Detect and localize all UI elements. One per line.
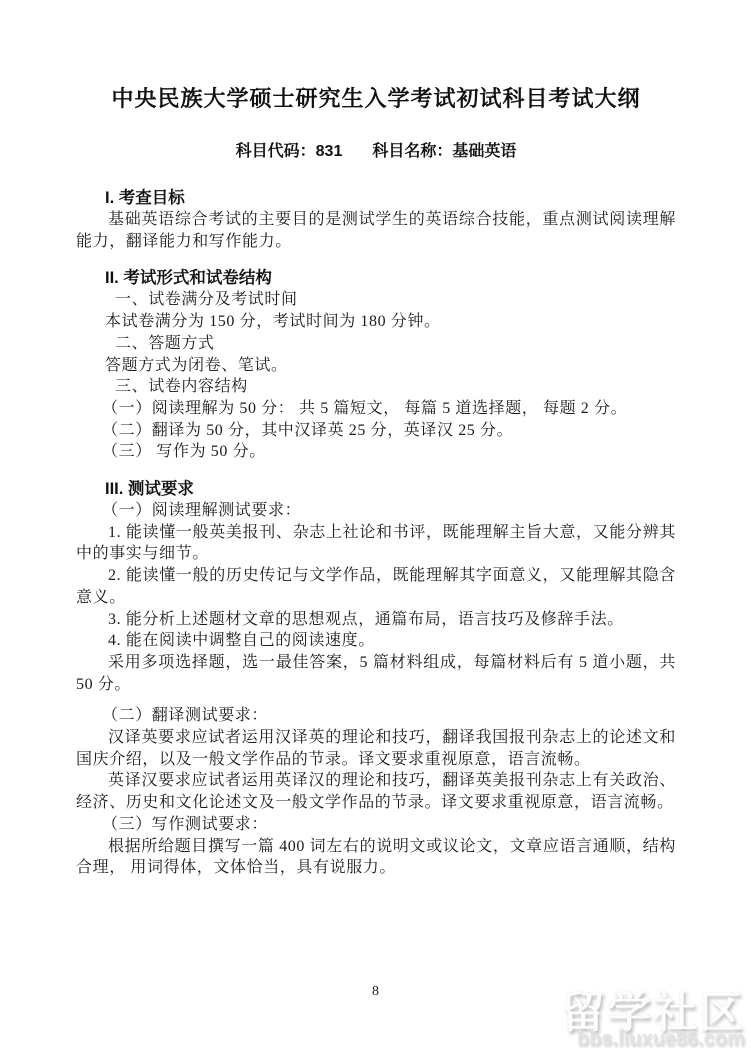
section-2-item-2-text: 答题方式为闭卷、笔试。: [76, 355, 676, 377]
page-number: 8: [0, 984, 751, 1000]
section-2-item-3-sub-3: （三） 写作为 50 分。: [76, 441, 676, 463]
reading-requirement-2: 2. 能读懂一般的历史传记与文学作品，既能理解其字面意义，又能理解其隐含意义。: [76, 565, 676, 608]
section-2-heading: II. 考试形式和试卷结构: [105, 267, 676, 289]
section-1-paragraph: 基础英语综合考试的主要目的是测试学生的英语综合技能，重点测试阅读理解能力，翻译能…: [76, 209, 676, 252]
section-2-item-1: 一、试卷满分及考试时间: [76, 289, 676, 311]
reading-requirement-3: 3. 能分析上述题材文章的思想观点，通篇布局，语言技巧及修辞手法。: [76, 609, 676, 631]
writing-requirements-heading: （三）写作测试要求：: [76, 814, 676, 836]
subject-code: 科目代码：831: [236, 143, 343, 160]
document-title: 中央民族大学硕士研究生入学考试初试科目考试大纲: [76, 86, 676, 112]
reading-format-paragraph: 采用多项选择题，选一最佳答案，5 篇材料组成，每篇材料后有 5 道小题，共 50…: [76, 652, 676, 695]
section-2-item-1-text: 本试卷满分为 150 分，考试时间为 180 分钟。: [76, 311, 676, 333]
watermark-site-url: bbs.liuxue86.com: [561, 1029, 745, 1049]
section-3-heading: III. 测试要求: [105, 478, 676, 500]
subject-line: 科目代码：831科目名称：基础英语: [76, 143, 676, 160]
document-content: 中央民族大学硕士研究生入学考试初试科目考试大纲 科目代码：831科目名称：基础英…: [76, 0, 676, 879]
translation-paragraph-1: 汉译英要求应试者运用汉译英的理论和技巧，翻译我国报刊杂志上的论述文和国庆介绍，以…: [76, 727, 676, 770]
reading-requirements-heading: （一）阅读理解测试要求：: [76, 500, 676, 522]
section-2-item-3: 三、试卷内容结构: [76, 376, 676, 398]
translation-requirements-heading: （二）翻译测试要求：: [76, 705, 676, 727]
subject-name: 科目名称：基础英语: [372, 143, 516, 160]
section-2-item-3-sub-1: （一）阅读理解为 50 分： 共 5 篇短文， 每篇 5 道选择题， 每题 2 …: [76, 398, 676, 420]
section-1-heading: I. 考查目标: [105, 187, 676, 209]
reading-requirement-1: 1. 能读懂一般英美报刊、杂志上社论和书评，既能理解主旨大意，又能分辨其中的事实…: [76, 522, 676, 565]
writing-paragraph: 根据所给题目撰写一篇 400 词左右的说明文或议论文，文章应语言通顺，结构合理，…: [76, 836, 676, 879]
section-2-item-2: 二、答题方式: [76, 333, 676, 355]
document-page: 中央民族大学硕士研究生入学考试初试科目考试大纲 科目代码：831科目名称：基础英…: [0, 0, 751, 1059]
translation-paragraph-2: 英译汉要求应试者运用英译汉的理论和技巧，翻译英美报刊杂志上有关政治、经济、历史和…: [76, 770, 676, 813]
section-2-item-3-sub-2: （二）翻译为 50 分，其中汉译英 25 分，英译汉 25 分。: [76, 420, 676, 442]
reading-requirement-4: 4. 能在阅读中调整自己的阅读速度。: [76, 630, 676, 652]
